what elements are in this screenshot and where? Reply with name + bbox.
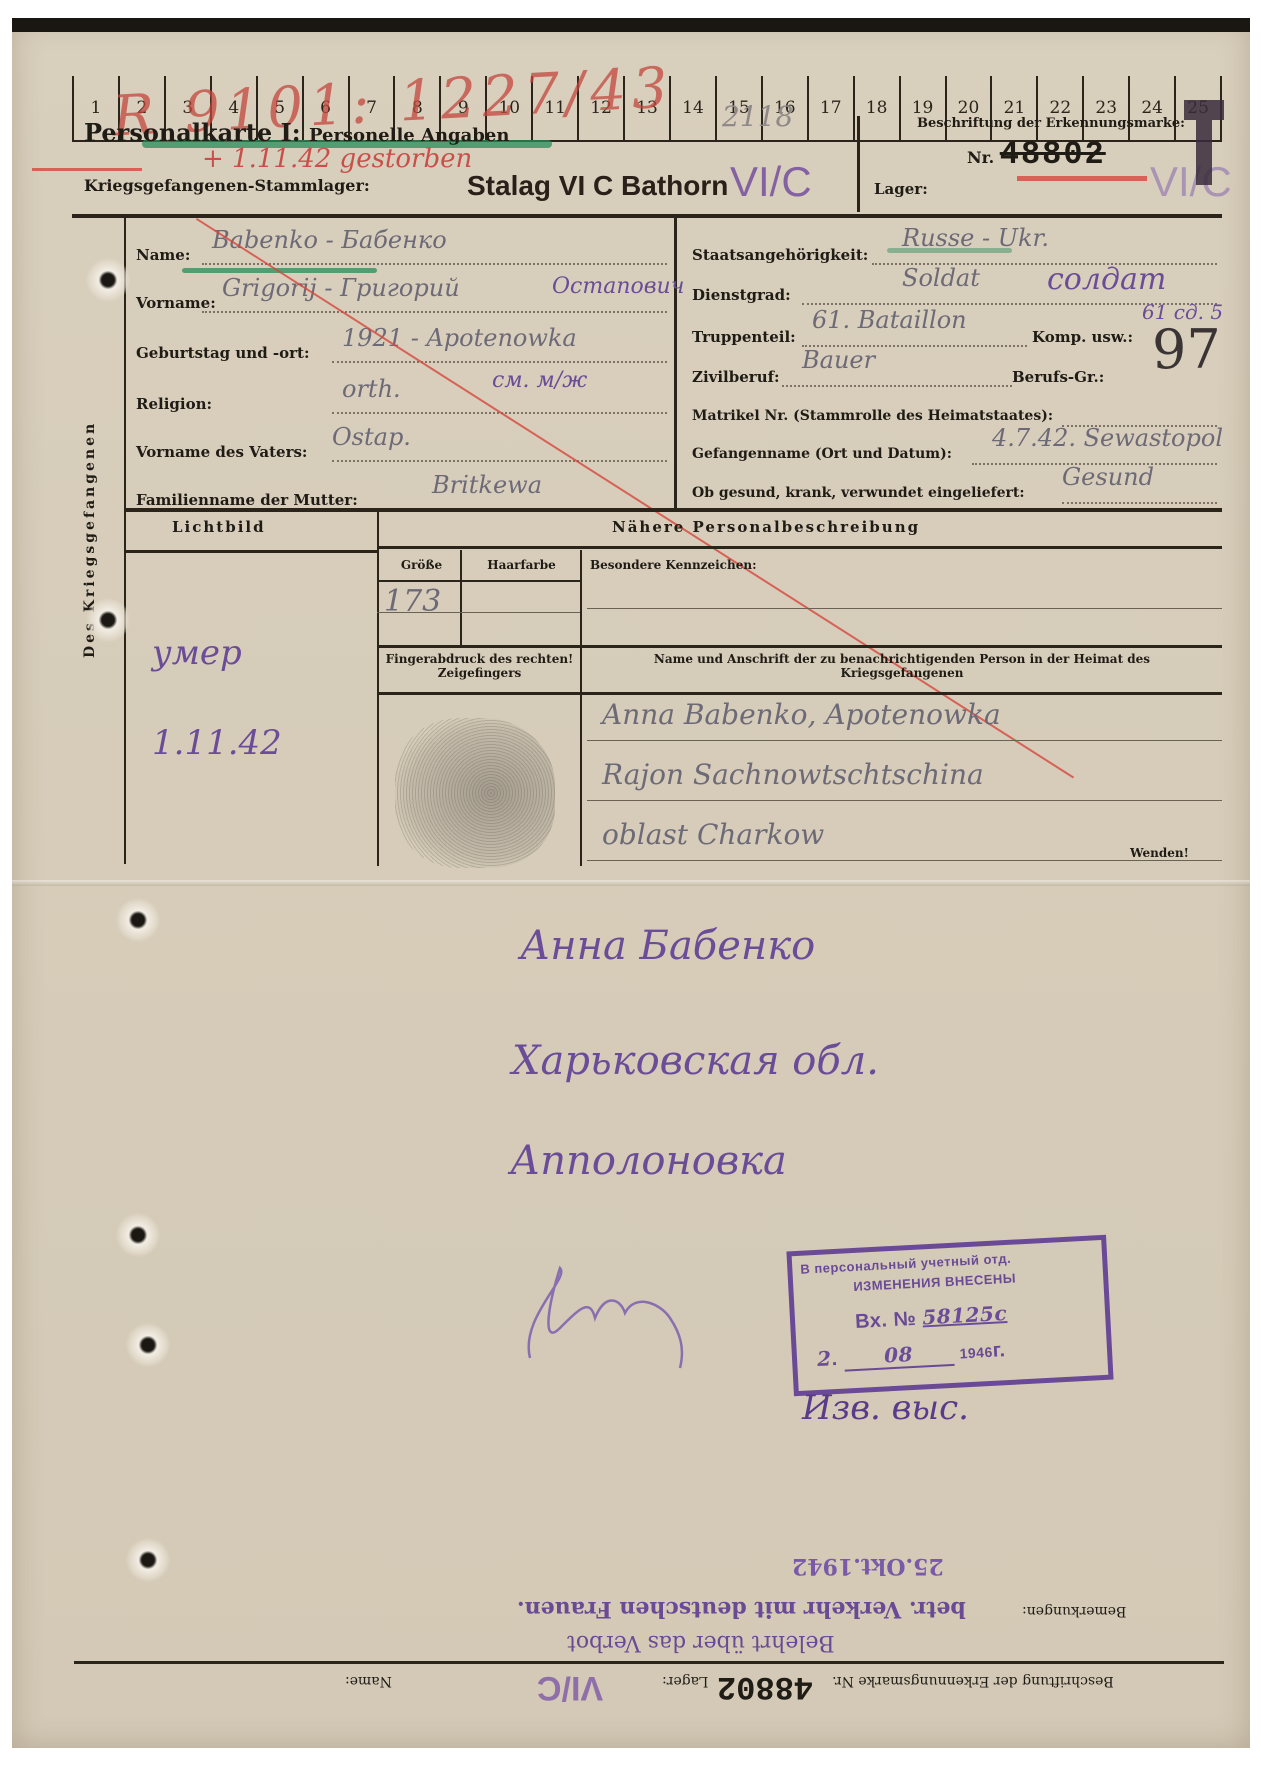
- field-value: orth.: [342, 375, 401, 403]
- stamp-line-2: ИЗМЕНЕНИЯ ВНЕСЕНЫ: [853, 1271, 1016, 1295]
- field-label: Truppenteil:: [692, 328, 796, 346]
- punch-hole: [116, 898, 160, 942]
- contact-header: Name und Anschrift der zu benachrichtige…: [592, 652, 1212, 680]
- field-label: Geburtstag und -ort:: [136, 344, 310, 362]
- date-stamp: 25.Okt.1942: [792, 1553, 944, 1579]
- punch-hole: [86, 258, 130, 302]
- number-cell: 17: [807, 76, 853, 140]
- field-line: [332, 460, 667, 462]
- annotation-2118: 2118: [722, 100, 793, 133]
- reverse-line-3: Апполоновка: [510, 1138, 787, 1184]
- rule: [74, 1661, 1224, 1664]
- rule: [72, 214, 1222, 218]
- rule: [587, 608, 1222, 609]
- inverted-tag-number: 48802: [717, 1668, 813, 1705]
- field-value: Soldat: [902, 264, 980, 292]
- fold-line: [12, 880, 1250, 886]
- contact-line: Rajon Sachnowtschtschina: [602, 758, 984, 791]
- punch-hole: [86, 598, 130, 642]
- scan-border: [12, 18, 1250, 32]
- inverted-lager-label: Lager:: [662, 1673, 708, 1689]
- red-underline: [1017, 176, 1147, 181]
- page-title: Personalkarte I: Personelle Angaben: [84, 118, 509, 147]
- rule: [377, 692, 1222, 695]
- field-value-extra: солдат: [1047, 262, 1166, 297]
- photo-header: Lichtbild: [172, 518, 266, 536]
- punch-hole: [126, 1538, 170, 1582]
- field-label: Familienname der Mutter:: [136, 491, 358, 509]
- photo-note: умер 1.11.42: [152, 608, 362, 788]
- field-value-extra: Остапович: [552, 274, 684, 299]
- rule: [377, 580, 580, 582]
- contact-line: oblast Charkow: [602, 818, 824, 851]
- field-label: Ob gesund, krank, verwundet eingeliefert…: [692, 485, 1025, 501]
- field-subvalue: 97: [1152, 318, 1221, 381]
- stamp-date-day: 2: [816, 1346, 832, 1371]
- field-value: Bauer: [802, 346, 875, 374]
- field-sublabel: Komp. usw.:: [1032, 328, 1133, 346]
- reverse-line-1: Анна Бабенко: [520, 923, 815, 969]
- punch-hole: [126, 1323, 170, 1367]
- punch-hole: [116, 1213, 160, 1257]
- stamp-entry: Вх. № 58125с: [855, 1301, 1008, 1334]
- title-sub: Personelle Angaben: [309, 125, 510, 146]
- stamp-year-suffix: г.: [992, 1339, 1006, 1362]
- field-value: Gesund: [1062, 463, 1154, 491]
- photo-divider: [377, 512, 379, 866]
- field-label: Dienstgrad:: [692, 286, 791, 304]
- registration-stamp: В персональный учетный отд. ИЗМЕНЕНИЯ ВН…: [786, 1235, 1113, 1397]
- field-value-extra: см. м/ж: [492, 368, 587, 393]
- stamp-entry-number: 58125с: [922, 1301, 1008, 1329]
- field-value: 4.7.42. Sewastopol: [992, 424, 1223, 452]
- field-line: [202, 311, 667, 313]
- marks-header: Besondere Kennzeichen:: [590, 558, 757, 572]
- green-underline-nation: [887, 248, 1012, 253]
- field-label: Name:: [136, 246, 190, 264]
- rule: [377, 645, 1222, 648]
- stamp-entry-label: Вх. №: [855, 1308, 917, 1333]
- rule: [587, 740, 1222, 741]
- tag-number: 48802: [1000, 136, 1106, 173]
- field-value: Grigorij - Григорий: [222, 274, 460, 302]
- death-note: + 1.11.42 gestorben: [202, 144, 472, 174]
- personnel-card: 1234567891011121314151617181920212223242…: [12, 18, 1250, 1748]
- signature-icon: [510, 1258, 710, 1378]
- personal-divider: [674, 218, 677, 508]
- notice-note: Изв. выс.: [802, 1388, 969, 1428]
- header-divider: [857, 116, 860, 212]
- remark-line-1: Belehrt über das Verbot: [567, 1630, 835, 1655]
- stammlager-label: Kriegsgefangenen-Stammlager:: [84, 176, 370, 195]
- rule: [124, 508, 1222, 512]
- rule: [587, 860, 1222, 861]
- tag-label: Beschriftung der Erkennungsmarke:: [917, 116, 1185, 131]
- field-label: Religion:: [136, 395, 212, 413]
- lager-label: Lager:: [874, 180, 928, 198]
- field-line: [1062, 502, 1217, 504]
- remarks-label: Bemerkungen:: [1022, 1603, 1126, 1619]
- turn-over-label: Wenden!: [1130, 846, 1189, 860]
- inverted-name-label: Name:: [345, 1673, 392, 1689]
- inverted-lager-value: VI/C: [537, 1668, 603, 1707]
- stammlager-stamp: Stalag VI C Bathorn: [467, 170, 728, 202]
- field-value: Britkewa: [432, 471, 542, 499]
- remark-line-2: betr. Verkehr mit deutschen Frauen.: [517, 1596, 966, 1622]
- rule: [587, 800, 1222, 801]
- field-value: 61. Bataillon: [812, 306, 967, 334]
- tag-nr-label: Nr.: [967, 148, 994, 167]
- field-value: 1921 - Apotenowka: [342, 324, 577, 352]
- field-label: Gefangenname (Ort und Datum):: [692, 446, 952, 462]
- field-line: [332, 361, 667, 363]
- fingerprint-header: Fingerabdruck des rechten! Zeigefingers: [382, 652, 577, 680]
- fingerprint: [395, 718, 555, 868]
- rule: [377, 546, 1222, 549]
- stamp-date-year: 1946: [959, 1344, 993, 1362]
- reverse-line-2: Харьковская обл.: [512, 1038, 879, 1084]
- contact-line: Anna Babenko, Apotenowka: [602, 698, 1001, 731]
- cell-divider: [580, 550, 582, 866]
- stamp-date-month: 08: [843, 1340, 954, 1372]
- hair-header: Haarfarbe: [464, 558, 579, 572]
- red-dash: [32, 168, 142, 171]
- cross-mark-icon: [1182, 90, 1226, 190]
- camp-mark: VI/C: [730, 158, 812, 206]
- field-label: Vorname:: [136, 294, 216, 312]
- field-label: Matrikel Nr. (Stammrolle des Heimatstaat…: [692, 408, 1053, 424]
- height-value: 173: [384, 584, 441, 619]
- field-line: [782, 385, 1012, 387]
- title-main: Personalkarte I:: [84, 118, 301, 147]
- section-header: Nähere Personalbeschreibung: [612, 518, 920, 536]
- inverted-tag-label: Beschriftung der Erkennungsmarke Nr.: [832, 1673, 1114, 1689]
- field-value: Ostap.: [332, 423, 411, 451]
- field-label: Zivilberuf:: [692, 368, 780, 386]
- field-sublabel: Berufs-Gr.:: [1012, 368, 1104, 386]
- field-label: Vorname des Vaters:: [136, 443, 307, 461]
- rule: [124, 550, 377, 553]
- tag-number-row: Nr. 48802: [967, 136, 1106, 173]
- height-header: Größe: [384, 558, 459, 572]
- stamp-date: 2. 08 1946г.: [816, 1337, 1006, 1373]
- left-margin-rule: [124, 218, 126, 864]
- field-label: Staatsangehörigkeit:: [692, 246, 868, 264]
- number-cell: 14: [669, 76, 715, 140]
- cell-divider: [460, 550, 462, 648]
